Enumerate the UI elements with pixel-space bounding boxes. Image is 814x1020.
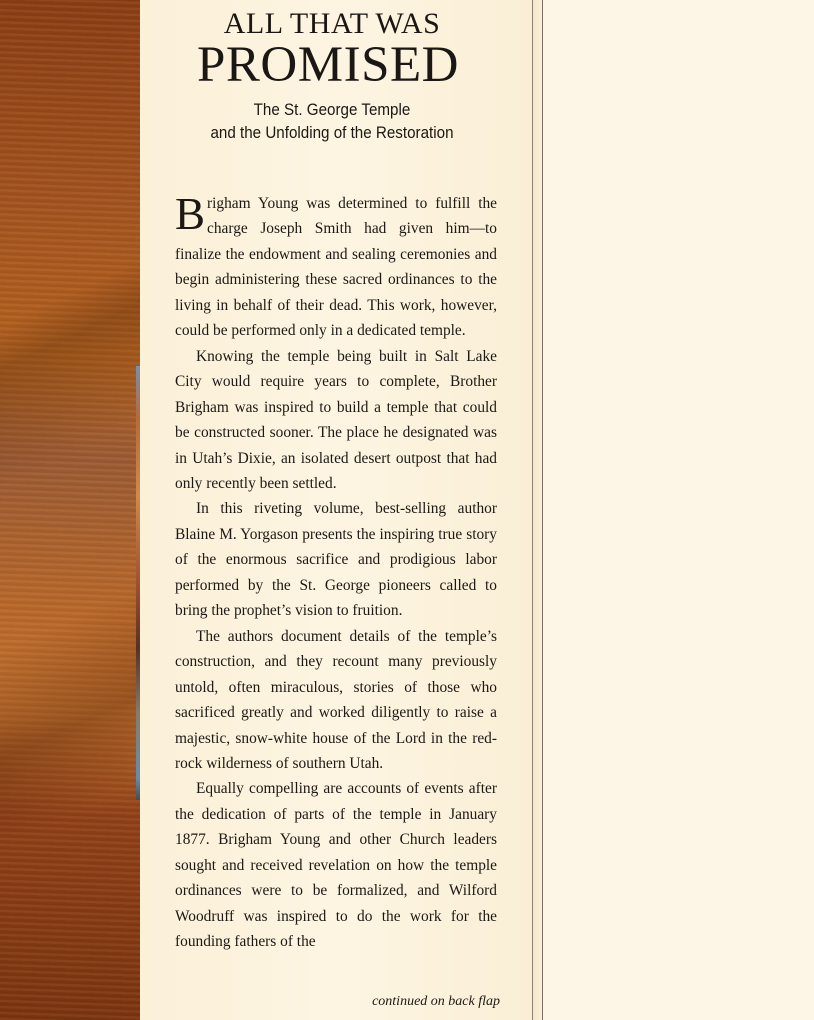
blurb-paragraph: In this riveting volume, best-selling au… [175, 496, 497, 623]
blurb-paragraph: The authors document details of the temp… [175, 624, 497, 777]
drop-cap: B [175, 196, 205, 232]
flap-blurb: Brigham Young was determined to fulfill … [175, 191, 497, 955]
subtitle-line1: The St. George Temple [148, 99, 516, 122]
blurb-paragraph: Brigham Young was determined to fulfill … [175, 191, 497, 344]
blurb-paragraph: Knowing the temple being built in Salt L… [175, 344, 497, 497]
book-title-line2: PROMISED [124, 39, 532, 91]
flap-edge [532, 0, 543, 1020]
book-inner-page [542, 0, 814, 1020]
book-subtitle: The St. George Temple and the Unfolding … [148, 99, 516, 145]
continued-note: continued on back flap [372, 994, 500, 1010]
book-title-block: ALL THAT WAS PROMISED The St. George Tem… [140, 6, 532, 145]
subtitle-line2: and the Unfolding of the Restoration [148, 122, 516, 145]
wooden-table-surface [0, 0, 142, 1020]
blurb-paragraph: Equally compelling are accounts of event… [175, 776, 497, 954]
